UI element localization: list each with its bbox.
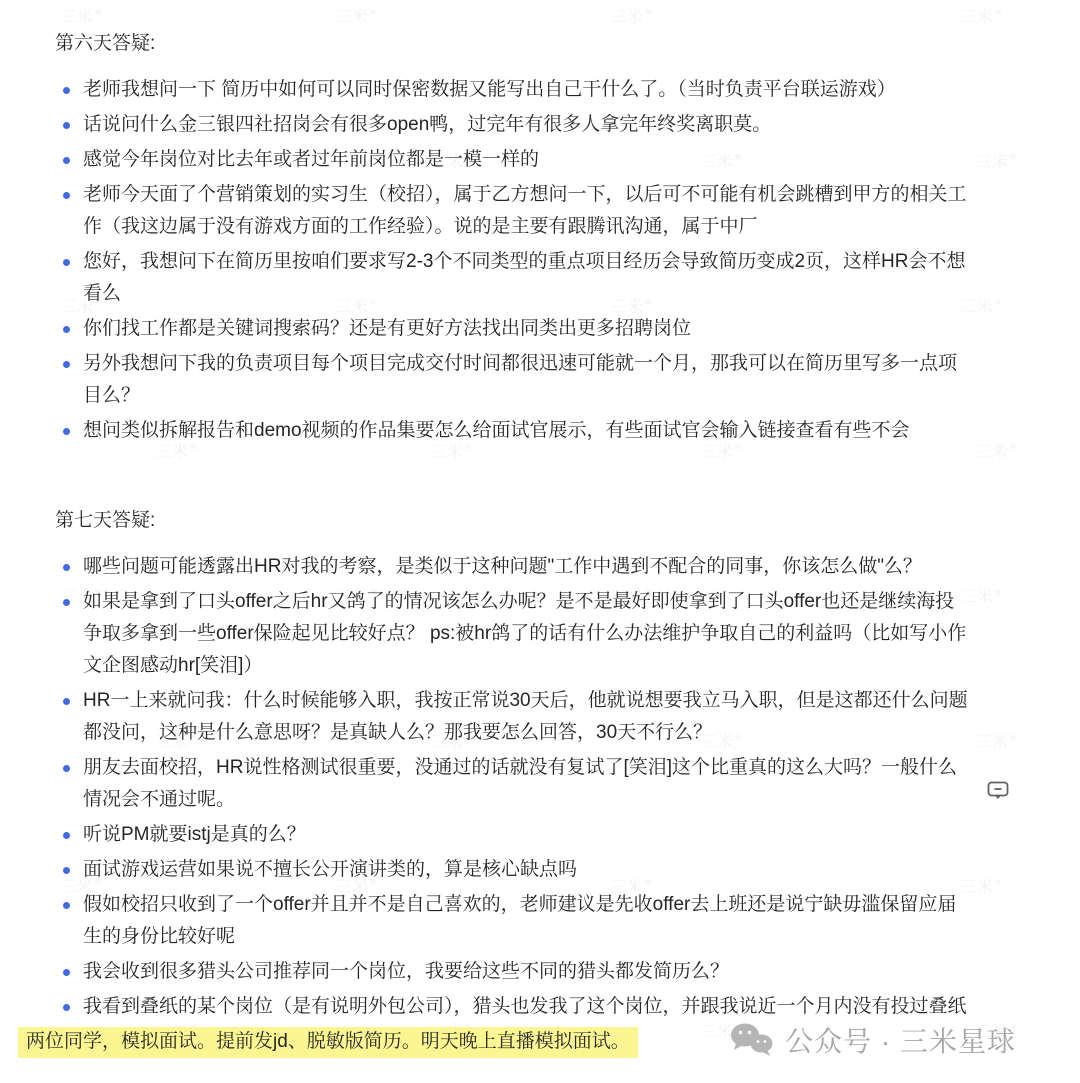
qa-item: 老师我想问一下 简历中如何可以同时保密数据又能写出自己干什么了。（当时负责平台联… xyxy=(55,74,970,106)
bullet-icon xyxy=(63,867,70,874)
bullet-icon xyxy=(63,361,70,368)
bullet-icon xyxy=(63,122,70,129)
qa-item-text: 老师今天面了个营销策划的实习生（校招），属于乙方想问一下，以后可不可能有机会跳槽… xyxy=(83,184,967,237)
qa-item-text: 想问类似拆解报告和demo视频的作品集要怎么给面试官展示，有些面试官会输入链接查… xyxy=(83,420,910,441)
section-heading-day7: 第七天答疑: xyxy=(55,505,1080,537)
qa-item-text: 您好，我想问下在简历里按咱们要求写2-3个不同类型的重点项目经历会导致简历变成2… xyxy=(83,251,965,304)
qa-item: 想问类似拆解报告和demo视频的作品集要怎么给面试官展示，有些面试官会输入链接查… xyxy=(55,415,970,447)
qa-item-text: 你们找工作都是关键词搜索码？还是有更好方法找出同类出更多招聘岗位 xyxy=(83,318,691,339)
bullet-icon xyxy=(63,765,70,772)
bullet-icon xyxy=(63,428,70,435)
qa-item-text: 我会收到很多猎头公司推荐同一个岗位，我要给这些不同的猎头都发简历么？ xyxy=(83,961,729,982)
qa-item-text: 老师我想问一下 简历中如何可以同时保密数据又能写出自己干什么了。（当时负责平台联… xyxy=(83,79,896,100)
bullet-icon xyxy=(63,87,70,94)
qa-item-text: 朋友去面校招，HR说性格测试很重要，没通过的话就没有复试了[笑泪]这个比重真的这… xyxy=(83,757,957,810)
bullet-icon xyxy=(63,564,70,571)
qa-item: 话说问什么金三银四社招岗会有很多open鸭，过完年有很多人拿完年终奖离职莫。 xyxy=(55,109,970,141)
qa-item: 另外我想问下我的负责项目每个项目完成交付时间都很迅速可能就一个月，那我可以在简历… xyxy=(55,348,970,412)
footer-brand: 公众号 · 三米星球 xyxy=(729,1020,1016,1060)
qa-item: 感觉今年岗位对比去年或者过年前岗位都是一模一样的 xyxy=(55,144,970,176)
section-heading-day6: 第六天答疑: xyxy=(55,28,1080,60)
bullet-icon xyxy=(63,969,70,976)
bullet-icon xyxy=(63,1004,70,1011)
brand-label: 公众号 · 三米星球 xyxy=(785,1020,1016,1060)
qa-item-text: 另外我想问下我的负责项目每个项目完成交付时间都很迅速可能就一个月，那我可以在简历… xyxy=(83,353,957,406)
bullet-icon xyxy=(63,326,70,333)
qa-item: 我会收到很多猎头公司推荐同一个岗位，我要给这些不同的猎头都发简历么？ xyxy=(55,956,970,988)
bullet-icon xyxy=(63,698,70,705)
qa-item: 听说PM就要istj是真的么？ xyxy=(55,819,970,851)
bullet-icon xyxy=(63,832,70,839)
qa-item: 朋友去面校招，HR说性格测试很重要，没通过的话就没有复试了[笑泪]这个比重真的这… xyxy=(55,752,970,816)
bullet-icon xyxy=(63,192,70,199)
qa-item: 面试游戏运营如果说不擅长公开演讲类的，算是核心缺点吗 xyxy=(55,854,970,886)
qa-item: HR一上来就问我：什么时候能够入职，我按正常说30天后，他就说想要我立马入职，但… xyxy=(55,685,970,749)
qa-item-text: 面试游戏运营如果说不擅长公开演讲类的，算是核心缺点吗 xyxy=(83,859,577,880)
bullet-icon xyxy=(63,599,70,606)
qa-item-text: 话说问什么金三银四社招岗会有很多open鸭，过完年有很多人拿完年终奖离职莫。 xyxy=(83,114,771,135)
qa-item-text: 听说PM就要istj是真的么？ xyxy=(83,824,306,845)
qa-list-day7: 哪些问题可能透露出HR对我的考察，是类似于这种问题"工作中遇到不配合的同事，你该… xyxy=(55,551,970,1055)
qa-item: 您好，我想问下在简历里按咱们要求写2-3个不同类型的重点项目经历会导致简历变成2… xyxy=(55,246,970,310)
wechat-icon xyxy=(729,1020,775,1060)
highlighted-note: 两位同学，模拟面试。提前发jd、脱敏版简历。明天晚上直播模拟面试。 xyxy=(18,1027,638,1058)
bullet-icon xyxy=(63,902,70,909)
document-body: 第六天答疑: 老师我想问一下 简历中如何可以同时保密数据又能写出自己干什么了。（… xyxy=(0,0,1080,1055)
bullet-icon xyxy=(63,157,70,164)
comment-bubble-icon[interactable] xyxy=(986,778,1010,802)
qa-item: 你们找工作都是关键词搜索码？还是有更好方法找出同类出更多招聘岗位 xyxy=(55,313,970,345)
qa-item-text: 感觉今年岗位对比去年或者过年前岗位都是一模一样的 xyxy=(83,149,539,170)
bullet-icon xyxy=(63,259,70,266)
qa-item: 假如校招只收到了一个offer并且并不是自己喜欢的，老师建议是先收offer去上… xyxy=(55,889,970,953)
qa-item: 哪些问题可能透露出HR对我的考察，是类似于这种问题"工作中遇到不配合的同事，你该… xyxy=(55,551,970,583)
qa-item: 老师今天面了个营销策划的实习生（校招），属于乙方想问一下，以后可不可能有机会跳槽… xyxy=(55,179,970,243)
qa-item-text: 哪些问题可能透露出HR对我的考察，是类似于这种问题"工作中遇到不配合的同事，你该… xyxy=(83,556,922,577)
qa-list-day6: 老师我想问一下 简历中如何可以同时保密数据又能写出自己干什么了。（当时负责平台联… xyxy=(55,74,970,447)
qa-item: 如果是拿到了口头offer之后hr又鸽了的情况该怎么办呢？是不是最好即使拿到了口… xyxy=(55,586,970,682)
qa-item-text: HR一上来就问我：什么时候能够入职，我按正常说30天后，他就说想要我立马入职，但… xyxy=(83,690,968,743)
qa-item-text: 如果是拿到了口头offer之后hr又鸽了的情况该怎么办呢？是不是最好即使拿到了口… xyxy=(83,591,966,676)
qa-item-text: 假如校招只收到了一个offer并且并不是自己喜欢的，老师建议是先收offer去上… xyxy=(83,894,956,947)
